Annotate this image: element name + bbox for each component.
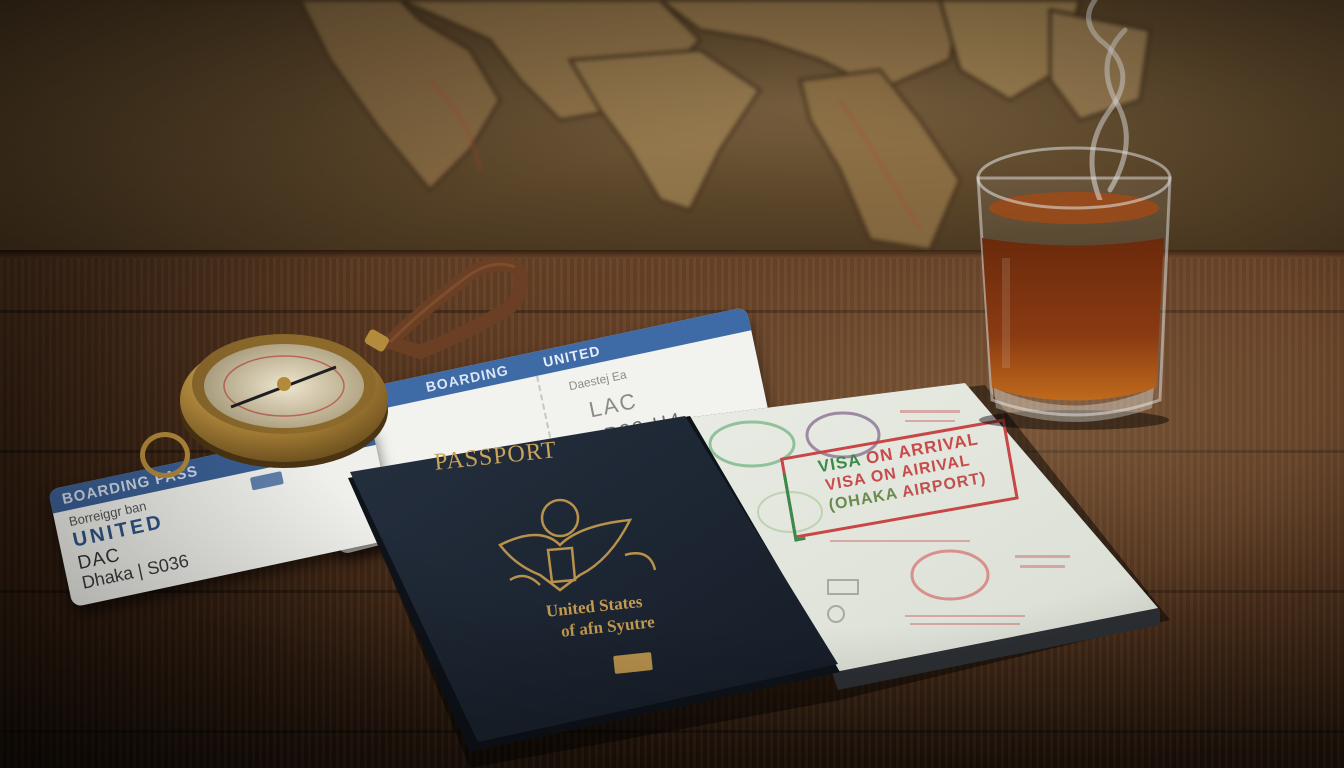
- travel-scene: BOARDING UNITED Daestej Ea LAC P33 H4 BO…: [0, 0, 1344, 768]
- steam: [1000, 0, 1200, 200]
